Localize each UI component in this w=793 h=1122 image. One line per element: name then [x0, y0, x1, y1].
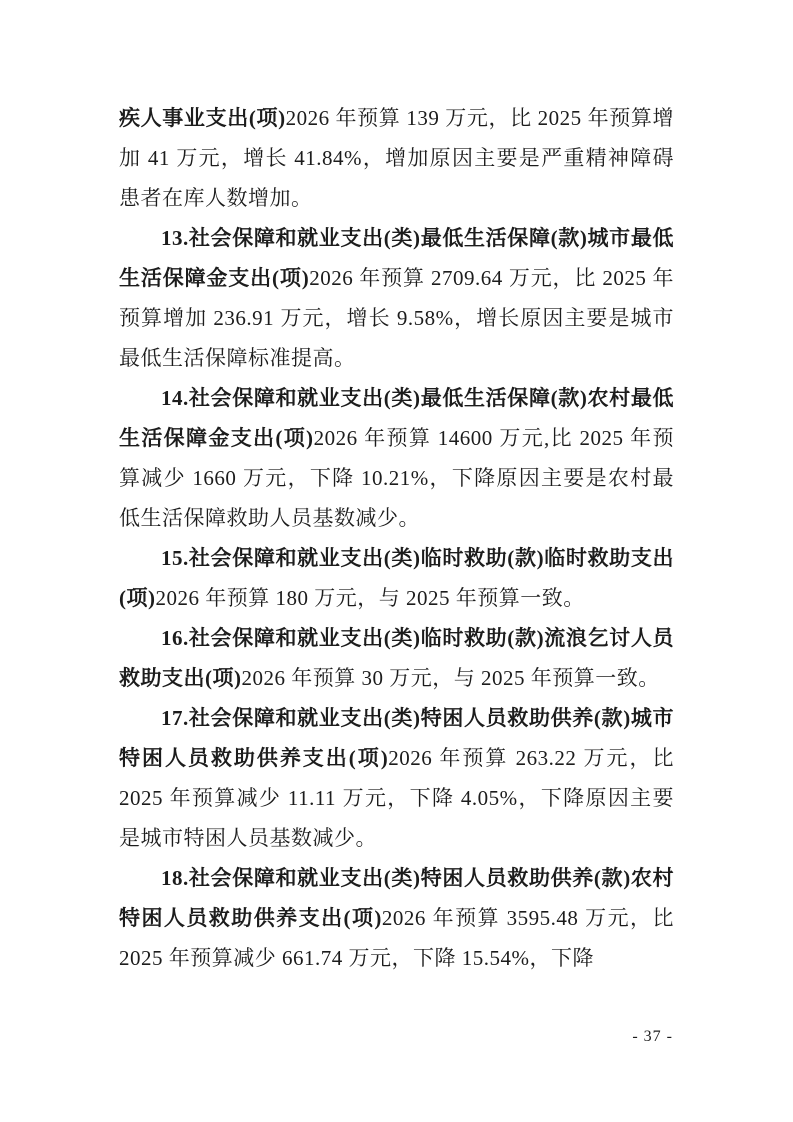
- paragraph-text: 2026 年预算 180 万元，与 2025 年预算一致。: [156, 586, 585, 610]
- page-number: - 37 -: [632, 1027, 673, 1047]
- page-body: 疾人事业支出(项)2026 年预算 139 万元，比 2025 年预算增加 41…: [119, 98, 674, 978]
- paragraph-text: 2026 年预算 30 万元，与 2025 年预算一致。: [242, 666, 660, 690]
- paragraph-lead: 疾人事业支出(项): [119, 106, 286, 130]
- paragraph-17-urban-destitute-support: 17.社会保障和就业支出(类)特困人员救助供养(款)城市特困人员救助供养支出(项…: [119, 698, 674, 858]
- paragraph-18-rural-destitute-support: 18.社会保障和就业支出(类)特困人员救助供养(款)农村特困人员救助供养支出(项…: [119, 858, 674, 978]
- paragraph-disabled-persons-expenditure-continued: 疾人事业支出(项)2026 年预算 139 万元，比 2025 年预算增加 41…: [119, 98, 674, 218]
- paragraph-16-vagrant-beggar-assistance: 16.社会保障和就业支出(类)临时救助(款)流浪乞讨人员救助支出(项)2026 …: [119, 618, 674, 698]
- document-page: 疾人事业支出(项)2026 年预算 139 万元，比 2025 年预算增加 41…: [0, 0, 793, 1122]
- paragraph-15-temporary-assistance: 15.社会保障和就业支出(类)临时救助(款)临时救助支出(项)2026 年预算 …: [119, 538, 674, 618]
- paragraph-13-urban-minimum-living-allowance: 13.社会保障和就业支出(类)最低生活保障(款)城市最低生活保障金支出(项)20…: [119, 218, 674, 378]
- paragraph-14-rural-minimum-living-allowance: 14.社会保障和就业支出(类)最低生活保障(款)农村最低生活保障金支出(项)20…: [119, 378, 674, 538]
